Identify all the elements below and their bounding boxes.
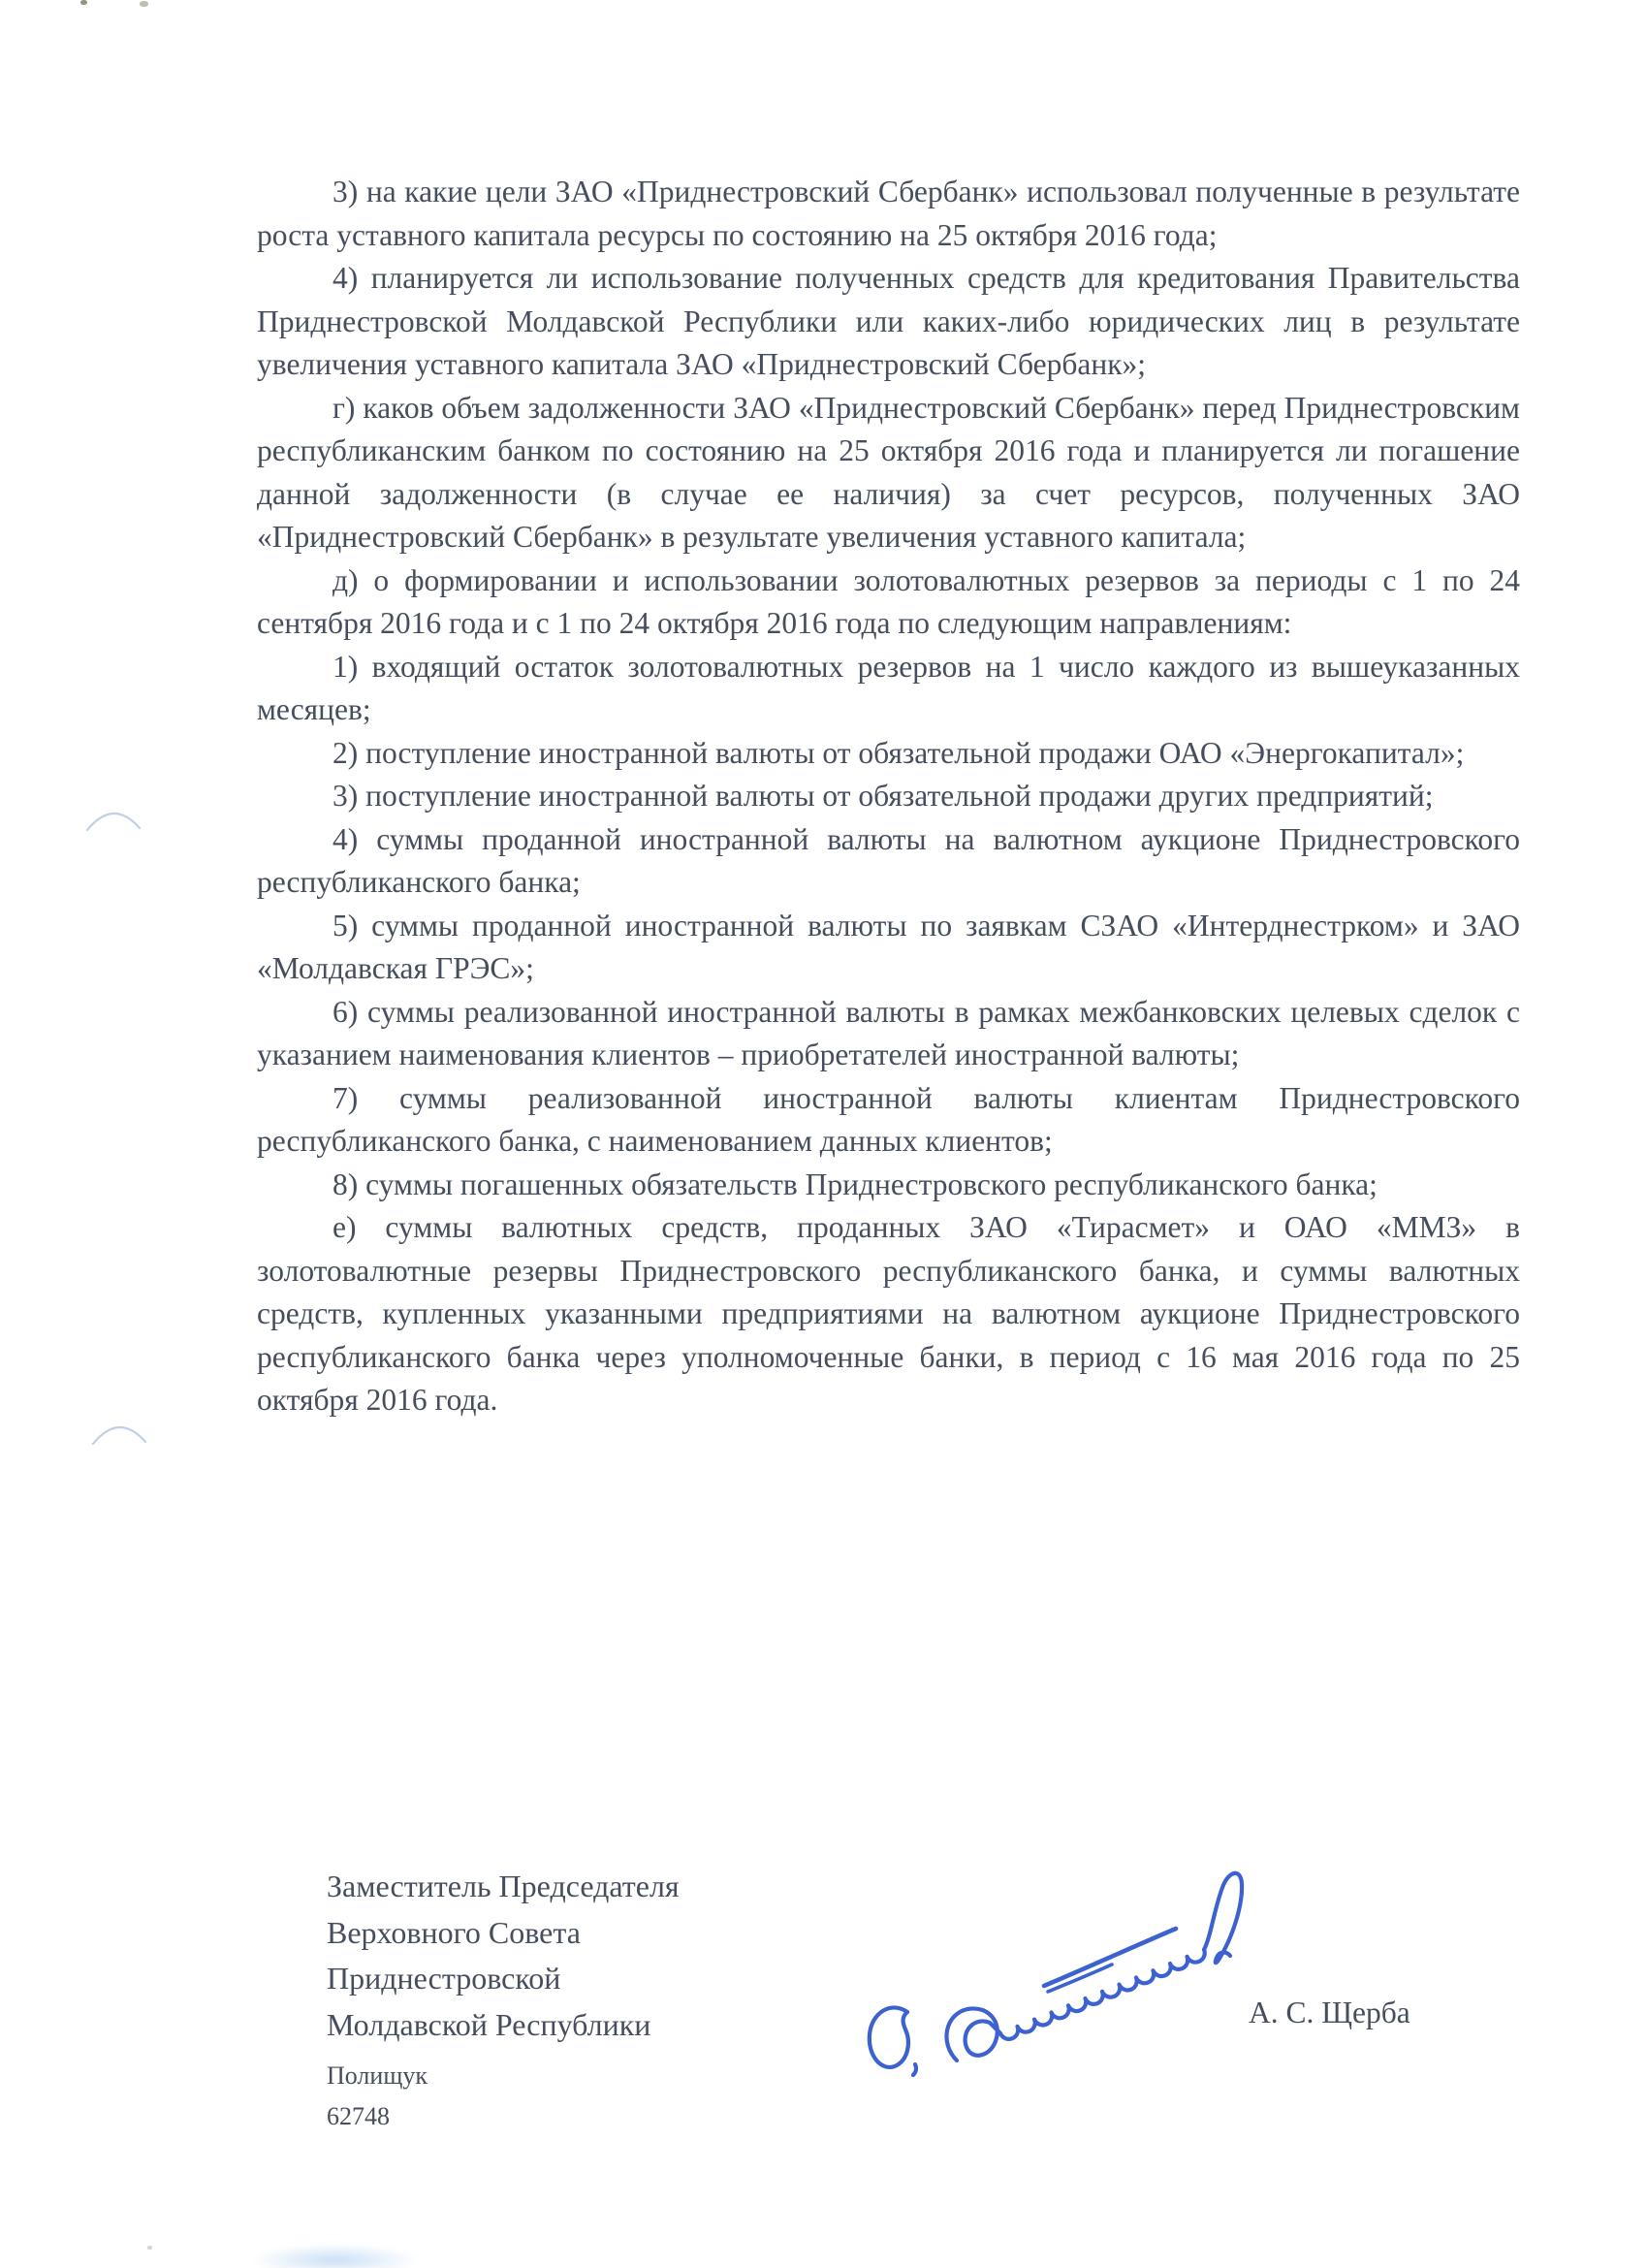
scanned-document-page: 3) на какие цели ЗАО «Приднестровский Сб… xyxy=(0,0,1647,2268)
executor-name: Полищук xyxy=(327,2061,428,2091)
body-paragraph: 4) планируется ли использование полученн… xyxy=(257,257,1520,387)
signer-title-line: Молдавской Республики xyxy=(327,2002,680,2049)
body-paragraph: 3) поступление иностранной валюты от обя… xyxy=(257,775,1520,818)
body-paragraph: 6) суммы реализованной иностранной валют… xyxy=(257,991,1520,1077)
document-body: 3) на какие цели ЗАО «Приднестровский Сб… xyxy=(257,171,1520,1422)
body-paragraph: г) каков объем задолженности ЗАО «Придне… xyxy=(257,387,1520,559)
body-paragraph: 3) на какие цели ЗАО «Приднестровский Сб… xyxy=(257,171,1520,257)
signer-title-line: Верховного Совета xyxy=(327,1910,680,1957)
body-paragraph: 2) поступление иностранной валюты от обя… xyxy=(257,732,1520,776)
ink-smudge xyxy=(250,2244,420,2268)
body-paragraph: 8) суммы погашенных обязательств Приднес… xyxy=(257,1164,1520,1207)
body-paragraph: 1) входящий остаток золотовалютных резер… xyxy=(257,646,1520,732)
signer-title-line: Заместитель Председателя xyxy=(327,1864,680,1910)
signer-title-block: Заместитель Председателя Верховного Сове… xyxy=(327,1864,680,2048)
scan-speck xyxy=(147,2246,152,2250)
pen-arc-mark xyxy=(85,806,142,833)
signer-title-line: Приднестровской xyxy=(327,1956,680,2002)
pen-arc-mark xyxy=(91,1420,147,1447)
signer-name: А. С. Щерба xyxy=(1249,1996,1410,2030)
body-paragraph: е) суммы валютных средств, проданных ЗАО… xyxy=(257,1206,1520,1422)
scan-speck xyxy=(140,1,148,7)
body-paragraph: 5) суммы проданной иностранной валюты по… xyxy=(257,905,1520,991)
scan-speck xyxy=(80,0,87,5)
executor-phone: 62748 xyxy=(327,2102,390,2131)
body-paragraph: 7) суммы реализованной иностранной валют… xyxy=(257,1077,1520,1164)
handwritten-signature xyxy=(819,1844,1255,2077)
body-paragraph: 4) суммы проданной иностранной валюты на… xyxy=(257,818,1520,905)
body-paragraph: д) о формировании и использовании золото… xyxy=(257,559,1520,646)
